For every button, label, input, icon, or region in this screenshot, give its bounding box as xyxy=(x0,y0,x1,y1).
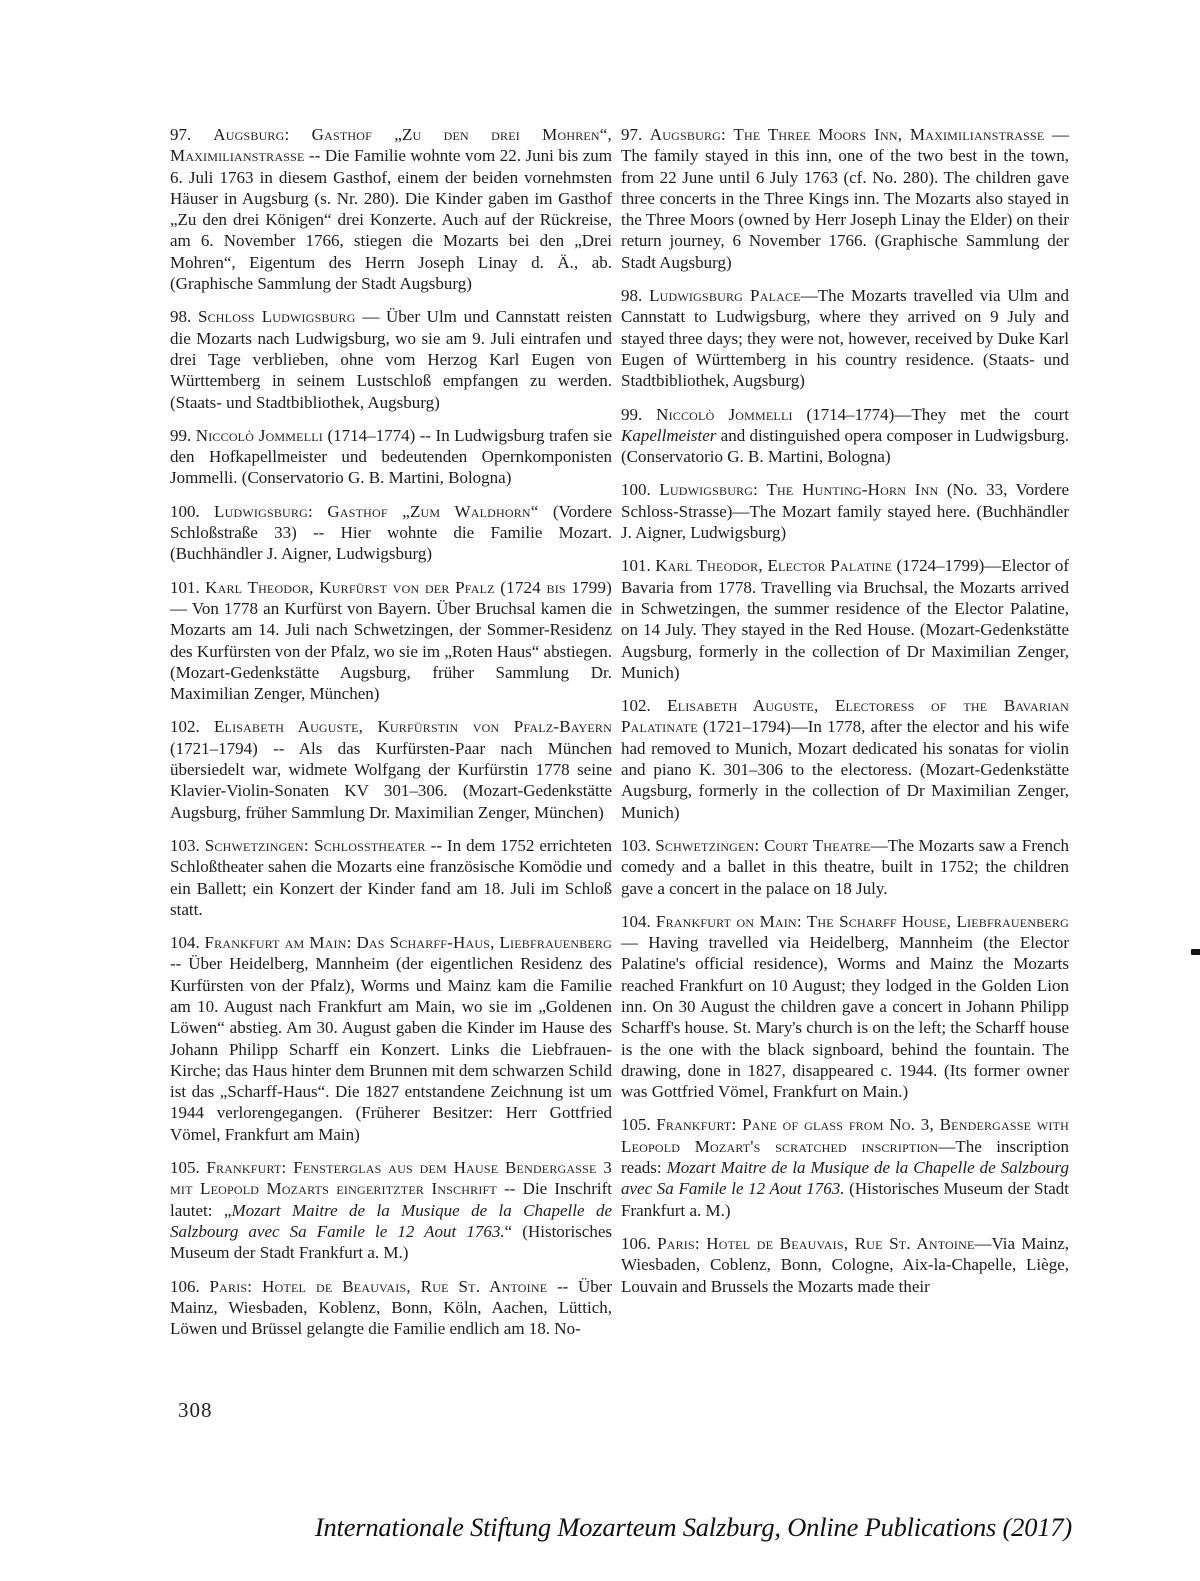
entry-text: — The family stayed in this inn, one of … xyxy=(621,125,1069,272)
catalog-entry-right-101: 101. Karl Theodor, Elector Palatine (172… xyxy=(621,555,1069,683)
entry-number: 97. xyxy=(621,125,650,144)
entry-heading: Karl Theodor, Kurfürst von der Pfalz (17… xyxy=(205,578,612,597)
catalog-entry-left-105: 105. Frankfurt: Fensterglas aus dem Haus… xyxy=(170,1157,612,1263)
entry-heading: Frankfurt am Main: Das Scharff-Haus, Lie… xyxy=(205,933,613,952)
entry-number: 103. xyxy=(621,836,655,855)
catalog-entry-left-98: 98. Schloss Ludwigsburg — Über Ulm und C… xyxy=(170,306,612,412)
catalog-entry-left-97: 97. Augsburg: Gasthof „Zu den drei Mohre… xyxy=(170,124,612,294)
entry-heading: Frankfurt on Main: The Scharff House, Li… xyxy=(656,912,1069,931)
catalog-entry-left-101: 101. Karl Theodor, Kurfürst von der Pfal… xyxy=(170,577,612,705)
entry-text: -- Über Heidelberg, Mannheim (der eigent… xyxy=(170,954,612,1143)
footer-publication-credit: Internationale Stiftung Mozarteum Salzbu… xyxy=(315,1512,1072,1543)
entry-number: 99. xyxy=(170,426,196,445)
entry-heading: Paris: Hotel de Beauvais, Rue St. Antoin… xyxy=(657,1234,974,1253)
catalog-entry-right-97: 97. Augsburg: The Three Moors Inn, Maxim… xyxy=(621,124,1069,273)
entry-text: — Having travelled via Heidelberg, Mannh… xyxy=(621,933,1069,1101)
entry-number: 101. xyxy=(621,556,655,575)
entry-heading: Schloss Ludwigsburg xyxy=(198,307,356,326)
entry-number: 102. xyxy=(621,696,667,715)
entry-text: (1714–1774)—They met the court xyxy=(793,405,1069,424)
catalog-entry-right-102: 102. Elisabeth Auguste, Electoress of th… xyxy=(621,695,1069,823)
entry-number: 104. xyxy=(621,912,656,931)
entry-text: -- Die Familie wohnte vom 22. Juni bis z… xyxy=(170,146,612,293)
column-left: 97. Augsburg: Gasthof „Zu den drei Mohre… xyxy=(170,124,612,1351)
entry-text: — Von 1778 an Kurfürst von Bayern. Über … xyxy=(170,599,612,703)
entry-number: 102. xyxy=(170,717,214,736)
catalog-entry-right-106: 106. Paris: Hotel de Beauvais, Rue St. A… xyxy=(621,1233,1069,1297)
entry-number: 98. xyxy=(170,307,198,326)
entry-number: 97. xyxy=(170,125,213,144)
entry-number: 104. xyxy=(170,933,205,952)
entry-number: 100. xyxy=(170,502,214,521)
entry-heading: Paris: Hotel de Beauvais, Rue St. Antoin… xyxy=(209,1277,547,1296)
entry-text: (1721–1794) -- Als das Kurfürsten-Paar n… xyxy=(170,739,612,822)
catalog-entry-left-102: 102. Elisabeth Auguste, Kurfürstin von P… xyxy=(170,716,612,822)
entry-heading: Augsburg: The Three Moors Inn, Maximilia… xyxy=(650,125,1045,144)
catalog-entry-left-103: 103. Schwetzingen: Schlosstheater -- In … xyxy=(170,835,612,920)
entry-heading: Ludwigsburg: Gasthof „Zum Waldhorn“ xyxy=(214,502,539,521)
catalog-entry-right-99: 99. Niccolò Jommelli (1714–1774)—They me… xyxy=(621,404,1069,468)
entry-number: 103. xyxy=(170,836,205,855)
catalog-entry-left-106: 106. Paris: Hotel de Beauvais, Rue St. A… xyxy=(170,1276,612,1340)
entry-number: 105. xyxy=(170,1158,206,1177)
entry-heading: Elisabeth Auguste, Kurfürstin von Pfalz-… xyxy=(214,717,612,736)
catalog-entry-right-104: 104. Frankfurt on Main: The Scharff Hous… xyxy=(621,911,1069,1103)
entry-number: 98. xyxy=(621,286,649,305)
book-page: 97. Augsburg: Gasthof „Zu den drei Mohre… xyxy=(0,0,1200,1581)
column-right: 97. Augsburg: The Three Moors Inn, Maxim… xyxy=(621,124,1069,1309)
entry-text: Kapellmeister xyxy=(621,426,716,445)
entry-number: 106. xyxy=(621,1234,657,1253)
entry-heading: Schwetzingen: Schlosstheater xyxy=(205,836,426,855)
catalog-entry-right-100: 100. Ludwigsburg: The Hunting-Horn Inn (… xyxy=(621,479,1069,543)
catalog-entry-right-103: 103. Schwetzingen: Court Theatre—The Moz… xyxy=(621,835,1069,899)
entry-heading: Niccolò Jommelli xyxy=(656,405,793,424)
entry-number: 105. xyxy=(621,1115,656,1134)
entry-heading: Niccolò Jommelli xyxy=(196,426,323,445)
entry-heading: Ludwigsburg Palace xyxy=(649,286,801,305)
entry-number: 99. xyxy=(621,405,656,424)
catalog-entry-right-105: 105. Frankfurt: Pane of glass from No. 3… xyxy=(621,1114,1069,1220)
entry-heading: Ludwigsburg: The Hunting-Horn Inn xyxy=(659,480,938,499)
entry-heading: Karl Theodor, Elector Palatine xyxy=(655,556,892,575)
entry-number: 106. xyxy=(170,1277,209,1296)
entry-heading: Schwetzingen: Court Theatre xyxy=(655,836,870,855)
catalog-entry-right-98: 98. Ludwigsburg Palace—The Mozarts trave… xyxy=(621,285,1069,391)
page-number: 308 xyxy=(178,1398,213,1423)
scan-artifact-mark xyxy=(1191,949,1200,955)
catalog-entry-left-100: 100. Ludwigsburg: Gasthof „Zum Waldhorn“… xyxy=(170,501,612,565)
entry-number: 100. xyxy=(621,480,659,499)
catalog-entry-left-99: 99. Niccolò Jommelli (1714–1774) -- In L… xyxy=(170,425,612,489)
entry-number: 101. xyxy=(170,578,205,597)
catalog-entry-left-104: 104. Frankfurt am Main: Das Scharff-Haus… xyxy=(170,932,612,1145)
